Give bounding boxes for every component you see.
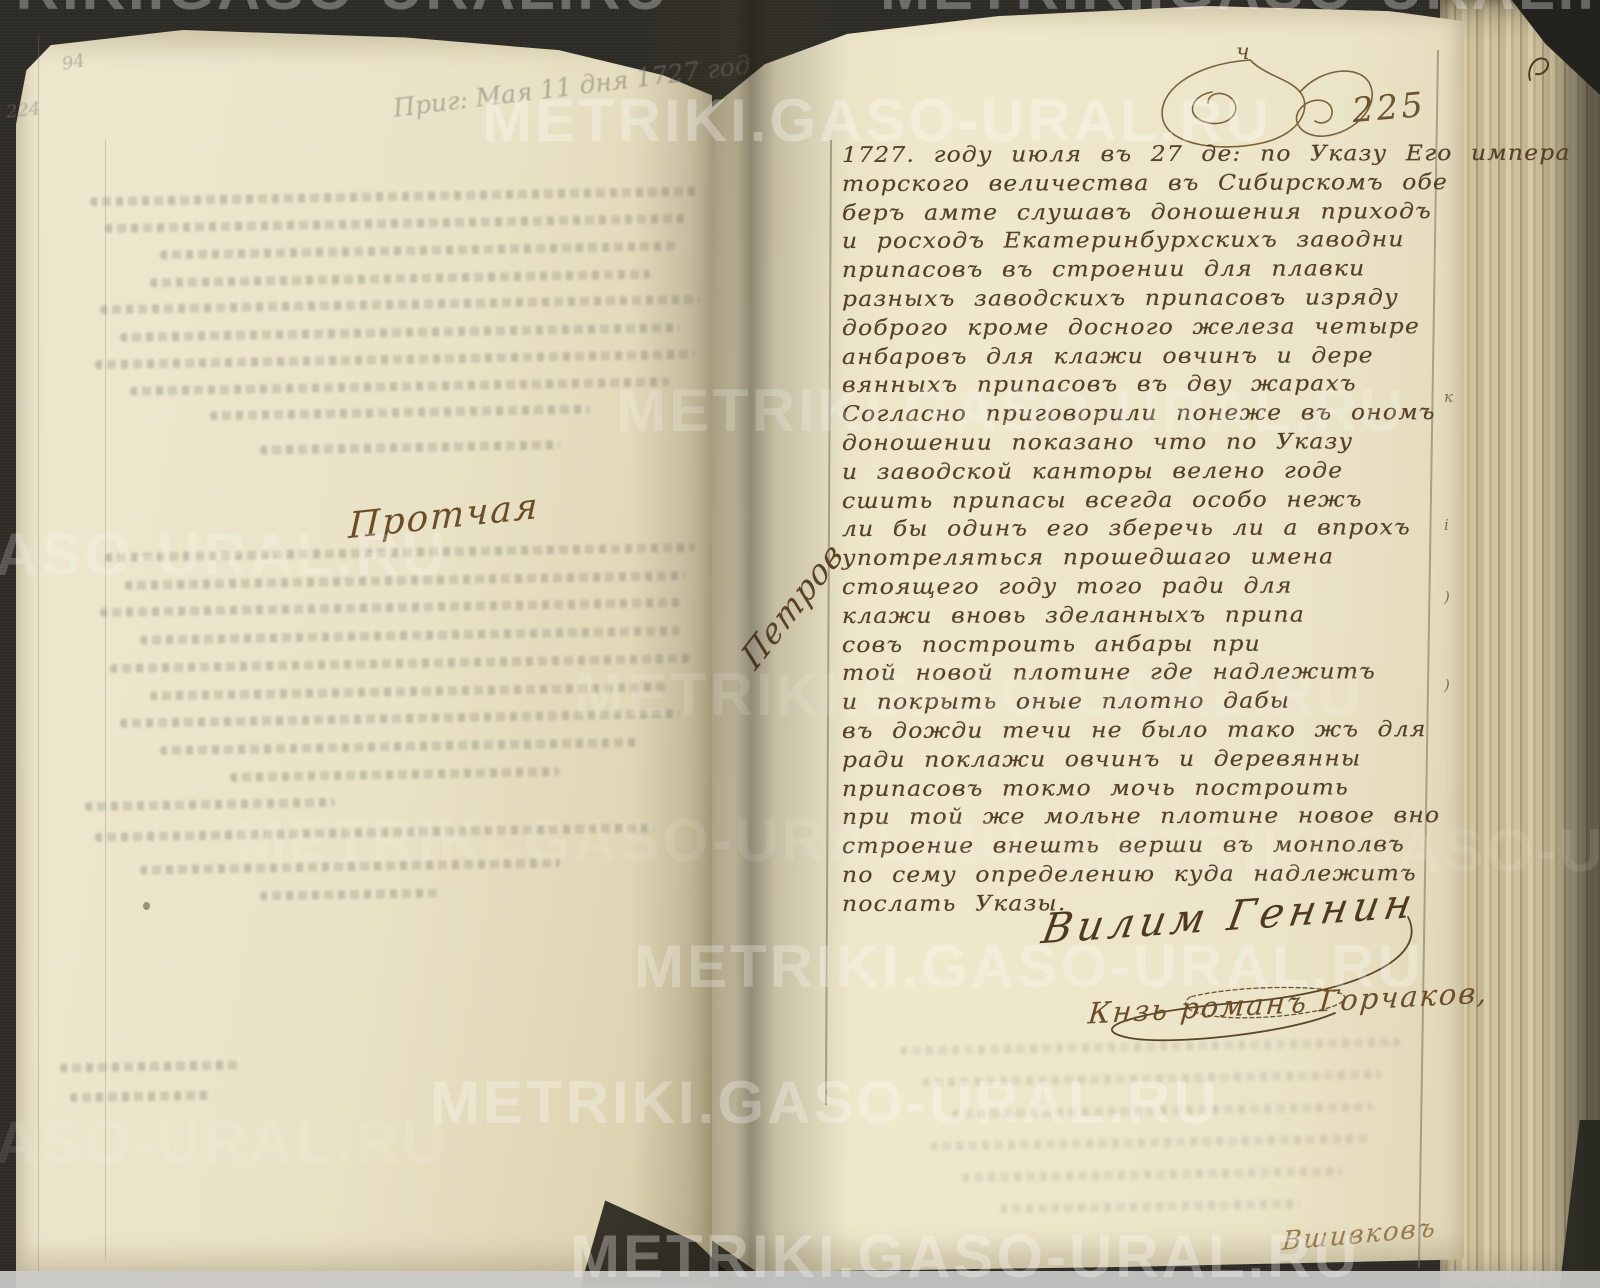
- manuscript-line: припасовъ токмо мочь построить: [842, 773, 1518, 804]
- manuscript-line: и заводской канторы велено годе: [842, 457, 1518, 488]
- margin-mark: ): [1444, 588, 1450, 606]
- manuscript-line: и росходъ Екатеринбурхскихъ заводни: [842, 226, 1518, 257]
- manuscript-line: ради поклажи овчинъ и деревянны: [842, 745, 1518, 776]
- manuscript-line: доношении показано что по Указу: [842, 428, 1518, 459]
- manuscript-line: и покрыть оные плотно дабы: [842, 687, 1518, 718]
- scan-bottom-bar: [0, 1271, 1600, 1288]
- manuscript-line: употреляться прошедшаго имена: [842, 543, 1518, 574]
- manuscript-line: въ дожди течи не было тако жъ для: [842, 716, 1518, 747]
- margin-mark: к: [1444, 388, 1453, 406]
- manuscript-line: строение внешть верши въ монполвъ: [842, 831, 1518, 862]
- manuscript-line: сшить припасы всегда особо нежъ: [842, 485, 1518, 516]
- manuscript-line: при той же мольне плотине новое вно: [842, 802, 1518, 833]
- manuscript-photo: Приг: Мая 11 дня 1727 год 94 224 Протчая…: [0, 0, 1600, 1288]
- fore-edge-scribble: [1524, 52, 1554, 87]
- left-page-fold-line: [38, 36, 39, 1284]
- manuscript-line: вянныхъ припасовъ въ дву жарахъ: [842, 370, 1518, 401]
- ghost-folio-number: 94: [60, 50, 86, 75]
- folio-number: 225: [1350, 85, 1427, 131]
- manuscript-line: стоящего году того ради для: [842, 572, 1518, 603]
- manuscript-body: 1727. году июля въ 27 де: по Указу Его и…: [842, 142, 1462, 920]
- manuscript-line: торского величества въ Сибирскомъ обе: [842, 169, 1518, 200]
- manuscript-line: ли бы одинъ его зберечь ли а впрохъ: [842, 514, 1518, 545]
- signature-flourish: [990, 905, 1450, 1055]
- ink-blot: [143, 902, 150, 910]
- ghost-folio-number-side: 224: [5, 98, 41, 122]
- margin-mark: i: [1444, 516, 1449, 534]
- manuscript-line: разныхъ заводскихъ припасовъ изряду: [842, 284, 1518, 315]
- manuscript-line: той новой плотине где надлежитъ: [842, 658, 1518, 689]
- manuscript-line: клажи вновь зделанныхъ припа: [842, 601, 1518, 632]
- manuscript-line: совъ построить анбары при: [842, 629, 1518, 660]
- manuscript-line: 1727. году июля въ 27 де: по Указу Его и…: [842, 140, 1518, 171]
- manuscript-line: анбаровъ для клажи овчинъ и дере: [842, 341, 1518, 372]
- margin-mark: ): [1444, 676, 1450, 694]
- manuscript-line: припасовъ въ строении для плавки: [842, 255, 1518, 286]
- watermark-text: METRIKI.GASO-URAL.RU: [0, 0, 670, 23]
- manuscript-line: доброго кроме досного железа четыре: [842, 313, 1518, 344]
- manuscript-line: беръ амте слушавъ доношения приходъ: [842, 197, 1518, 228]
- manuscript-line: Согласно приговорили понеже въ ономъ: [842, 399, 1518, 430]
